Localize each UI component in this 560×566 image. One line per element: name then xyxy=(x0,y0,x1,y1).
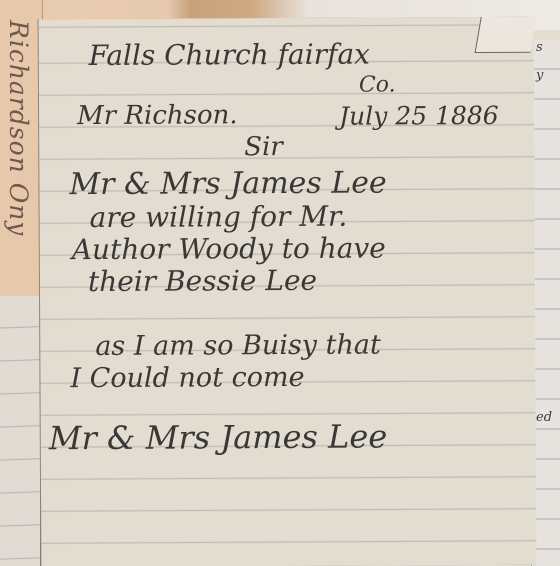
letter-closing-line: as I am so Buisy that xyxy=(95,330,381,362)
left-envelope: Richardson Ony xyxy=(0,0,43,300)
letter-heading-place: Falls Church fairfax xyxy=(89,38,370,72)
left-lined-sheet xyxy=(0,296,42,566)
right-fragment: y xyxy=(536,68,543,83)
letter-body-line: Author Woody to have xyxy=(72,231,386,266)
left-envelope-text: Richardson Ony xyxy=(4,20,33,236)
letter-heading-county: Co. xyxy=(359,72,396,97)
letter-body-line: Mr & Mrs James Lee xyxy=(69,165,386,202)
letter-addressee: Mr Richson. xyxy=(77,100,238,131)
folded-corner xyxy=(475,17,537,53)
letter-signature: Mr & Mrs James Lee xyxy=(49,417,388,457)
right-fragment: s xyxy=(536,40,543,55)
letter-body-line: their Bessie Lee xyxy=(88,264,317,298)
letter-closing-line: I Could not come xyxy=(70,362,304,394)
letter-date: July 25 1886 xyxy=(339,101,499,131)
letter-body-line: are willing for Mr. xyxy=(90,200,348,234)
handwritten-letter: Falls Church fairfax Co. Mr Richson. Jul… xyxy=(39,17,537,566)
right-fragment: ed xyxy=(536,410,552,425)
letter-salutation: Sir xyxy=(244,132,283,162)
